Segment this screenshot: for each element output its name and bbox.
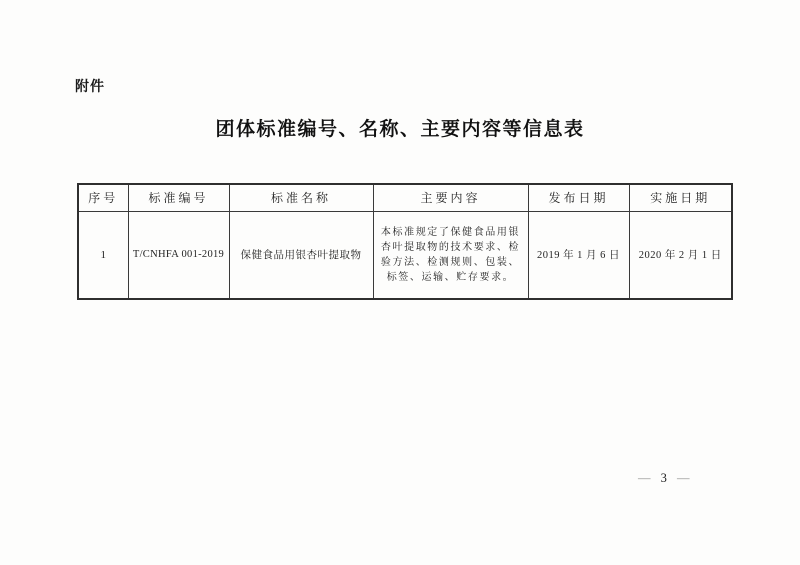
table-header-row: 序号 标准编号 标准名称 主要内容 发布日期 实施日期 xyxy=(78,184,732,211)
col-header-seq: 序号 xyxy=(78,184,128,211)
document-page: 附件 团体标准编号、名称、主要内容等信息表 序号 标准编号 标准名称 主要内容 … xyxy=(0,0,800,565)
col-header-publish-date: 发布日期 xyxy=(528,184,629,211)
cell-publish-date: 2019 年 1 月 6 日 xyxy=(528,211,629,299)
page-title: 团体标准编号、名称、主要内容等信息表 xyxy=(0,114,800,141)
col-header-implement-date: 实施日期 xyxy=(629,184,732,211)
attachment-label: 附件 xyxy=(75,76,105,96)
page-number-dash-left: — xyxy=(638,471,653,485)
cell-seq: 1 xyxy=(78,211,128,299)
page-number: — 3 — xyxy=(638,471,692,486)
col-header-standard-name: 标准名称 xyxy=(229,184,373,211)
page-number-dash-right: — xyxy=(677,471,692,485)
standards-info-table: 序号 标准编号 标准名称 主要内容 发布日期 实施日期 1 T/CNHFA 00… xyxy=(77,183,733,300)
cell-main-content: 本标准规定了保健食品用银杏叶提取物的技术要求、检验方法、检测规则、包装、标签、运… xyxy=(373,211,528,299)
cell-standard-no: T/CNHFA 001-2019 xyxy=(128,211,229,299)
cell-standard-name: 保健食品用银杏叶提取物 xyxy=(229,211,373,299)
col-header-main-content: 主要内容 xyxy=(373,184,528,211)
page-number-value: 3 xyxy=(658,471,672,485)
table-row: 1 T/CNHFA 001-2019 保健食品用银杏叶提取物 本标准规定了保健食… xyxy=(78,211,732,299)
cell-implement-date: 2020 年 2 月 1 日 xyxy=(629,211,732,299)
col-header-standard-no: 标准编号 xyxy=(128,184,229,211)
